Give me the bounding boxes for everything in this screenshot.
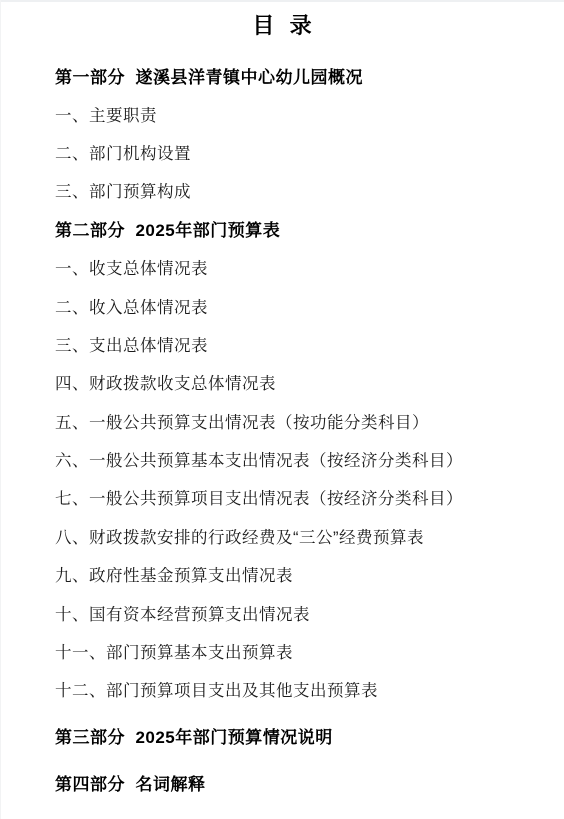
page-title: 目 录 (1, 2, 564, 48)
toc-item: 十二、部门预算项目支出及其他支出预算表 (55, 670, 564, 708)
toc-item: 一、收支总体情况表 (55, 248, 564, 286)
toc-item: 五、一般公共预算支出情况表（按功能分类科目） (55, 402, 564, 440)
toc-item: 九、政府性基金预算支出情况表 (55, 555, 564, 593)
toc-item: 二、部门机构设置 (55, 133, 564, 171)
toc-item: 十、国有资本经营预算支出情况表 (55, 593, 564, 631)
toc-item: 一、主要职责 (55, 94, 564, 132)
toc-section-2-heading: 第二部分 2025年部门预算表 (55, 210, 564, 248)
toc-item: 四、财政拨款收支总体情况表 (55, 363, 564, 401)
toc-item: 三、部门预算构成 (55, 171, 564, 209)
toc-item: 二、收入总体情况表 (55, 286, 564, 324)
toc-item: 七、一般公共预算项目支出情况表（按经济分类科目） (55, 478, 564, 516)
toc-section-1-heading: 第一部分 遂溪县洋青镇中心幼儿园概况 (55, 56, 564, 94)
toc-section-3-heading: 第三部分 2025年部门预算情况说明 (55, 717, 564, 755)
toc-item: 三、支出总体情况表 (55, 325, 564, 363)
document-page: 目 录 第一部分 遂溪县洋青镇中心幼儿园概况 一、主要职责 二、部门机构设置 三… (0, 0, 564, 819)
toc-section-4-heading: 第四部分 名词解释 (55, 763, 564, 801)
toc-item: 十一、部门预算基本支出预算表 (55, 632, 564, 670)
toc-item: 六、一般公共预算基本支出情况表（按经济分类科目） (55, 440, 564, 478)
table-of-contents: 第一部分 遂溪县洋青镇中心幼儿园概况 一、主要职责 二、部门机构设置 三、部门预… (1, 48, 564, 801)
toc-item: 八、财政拨款安排的行政经费及“三公”经费预算表 (55, 517, 564, 555)
